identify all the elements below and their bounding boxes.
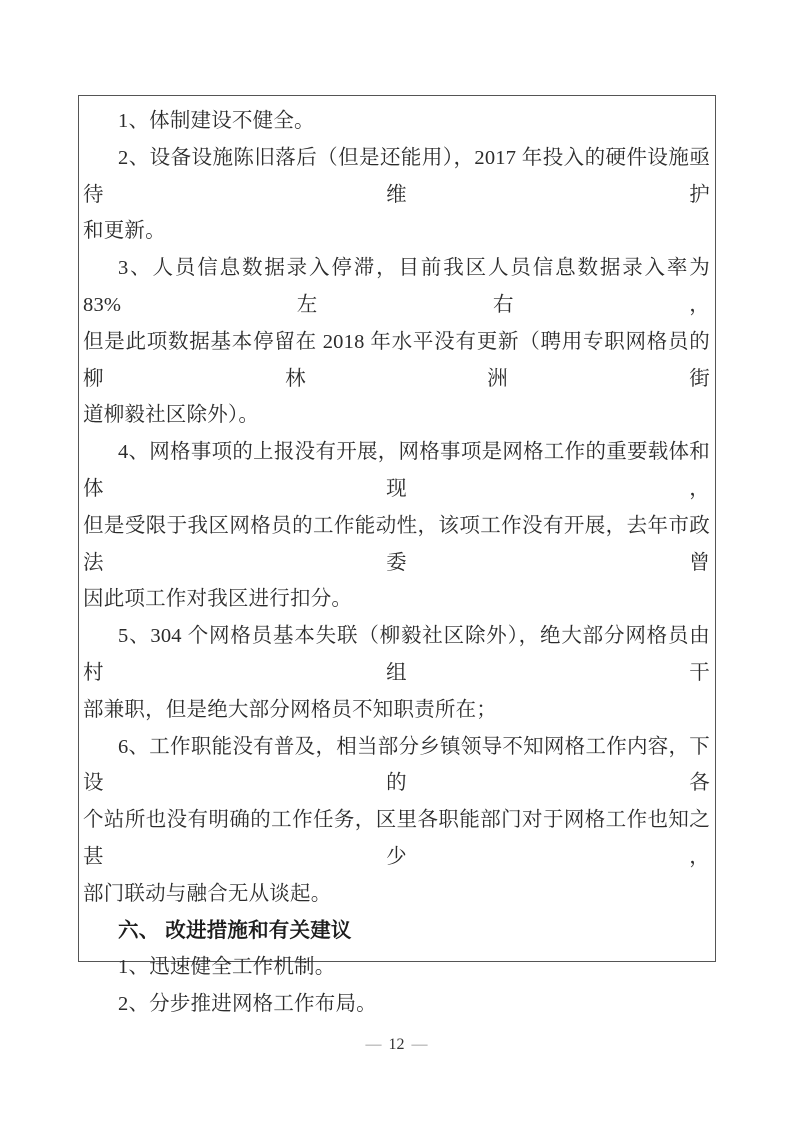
- text-line: 因此项工作对我区进行扣分。: [83, 581, 710, 618]
- text-line: 1、体制建设不健全。: [83, 103, 710, 140]
- text-line: 但是此项数据基本停留在 2018 年水平没有更新（聘用专职网格员的柳林洲街: [83, 324, 710, 398]
- text-line: 部门联动与融合无从谈起。: [83, 876, 710, 913]
- section-heading: 六、 改进措施和有关建议: [83, 913, 710, 950]
- page-footer: —12—: [0, 1034, 793, 1056]
- text-line: 个站所也没有明确的工作任务，区里各职能部门对于网格工作也知之甚少，: [83, 802, 710, 876]
- document-box: 1、体制建设不健全。2、设备设施陈旧落后（但是还能用），2017 年投入的硬件设…: [78, 95, 716, 962]
- text-line: 3、人员信息数据录入停滞，目前我区人员信息数据录入率为 83%左右，: [83, 250, 710, 324]
- text-line: 2、设备设施陈旧落后（但是还能用），2017 年投入的硬件设施亟待维护: [83, 140, 710, 214]
- page-number: 12: [389, 1036, 405, 1053]
- footer-dash-right: —: [412, 1036, 428, 1053]
- text-line: 1、迅速健全工作机制。: [83, 949, 710, 986]
- document-content: 1、体制建设不健全。2、设备设施陈旧落后（但是还能用），2017 年投入的硬件设…: [79, 96, 715, 1023]
- text-line: 2、分步推进网格工作布局。: [83, 986, 710, 1023]
- text-line: 道柳毅社区除外）。: [83, 397, 710, 434]
- footer-dash-left: —: [366, 1036, 382, 1053]
- text-line: 部兼职，但是绝大部分网格员不知职责所在；: [83, 692, 710, 729]
- page: 1、体制建设不健全。2、设备设施陈旧落后（但是还能用），2017 年投入的硬件设…: [0, 0, 793, 1122]
- text-line: 4、网格事项的上报没有开展，网格事项是网格工作的重要载体和体现，: [83, 434, 710, 508]
- text-line: 但是受限于我区网格员的工作能动性，该项工作没有开展，去年市政法委曾: [83, 508, 710, 582]
- text-line: 和更新。: [83, 213, 710, 250]
- text-line: 5、304 个网格员基本失联（柳毅社区除外），绝大部分网格员由村组干: [83, 618, 710, 692]
- text-line: 6、工作职能没有普及，相当部分乡镇领导不知网格工作内容，下设的各: [83, 729, 710, 803]
